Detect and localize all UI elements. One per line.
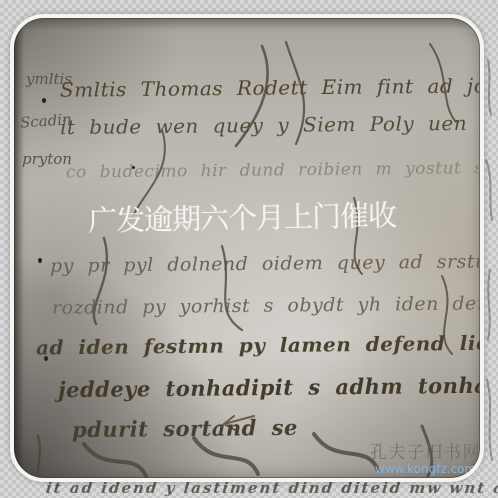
watermark-site-name: 孔夫子旧书网: [370, 438, 481, 463]
caption-overlay-text: 广发逾期六个月上门催收: [88, 193, 397, 239]
image-canvas: it ad idend y lastiment dind diteid mw w…: [0, 0, 498, 498]
manuscript-photo: ymltis Scadin pryton Smltis Thomas Rodet…: [10, 14, 484, 482]
ink-flourish-layer: [14, 18, 480, 478]
ink-strokes: [38, 42, 456, 478]
ghost-ink-strokes: [486, 60, 492, 460]
watermark-url: www.kongfz.com: [375, 462, 476, 476]
ghost-manuscript-right: [482, 40, 498, 480]
